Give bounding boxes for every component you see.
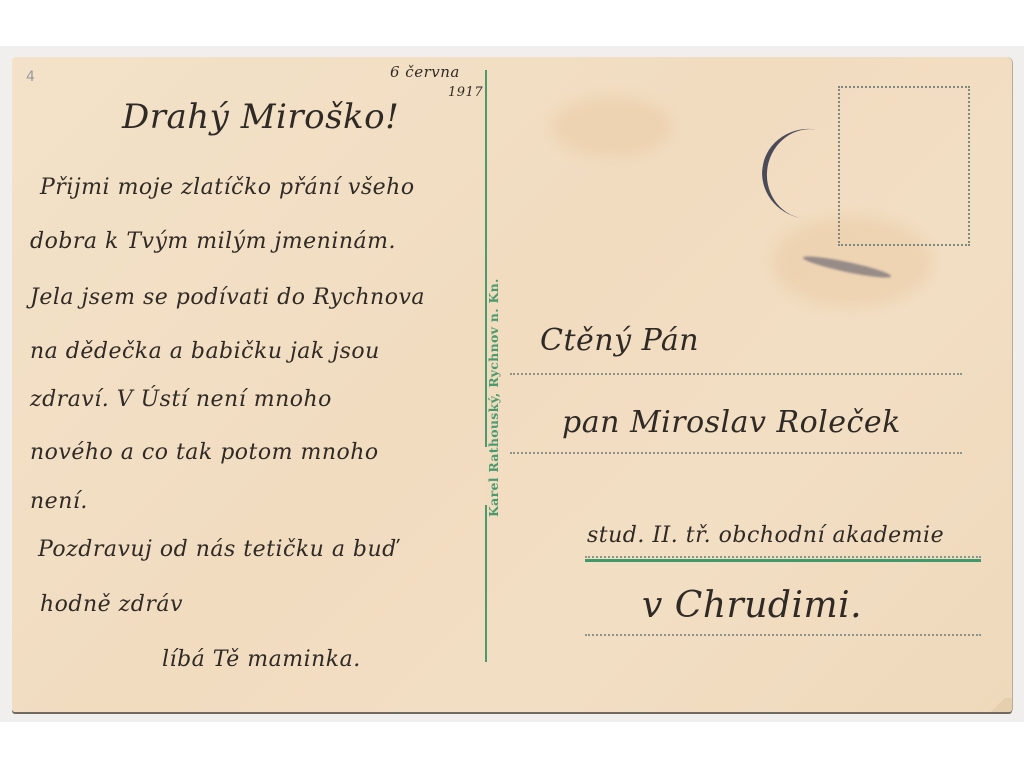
address-line-2 — [510, 452, 962, 454]
address-line-1 — [510, 373, 962, 375]
address-city: v Chrudimi. — [642, 585, 862, 626]
message-line: Jela jsem se podívati do Rychnova — [30, 285, 425, 310]
greeting: Drahý Miroško! — [122, 97, 399, 137]
date-year: 1917 — [448, 85, 483, 100]
address-line-4 — [585, 634, 981, 636]
corner-number: 4 — [26, 69, 35, 85]
message-line: hodně zdráv — [40, 592, 183, 617]
stain — [552, 97, 672, 157]
message-line: dobra k Tvým milým jmeninám. — [30, 229, 396, 254]
postcard: 4 6 června 1917 Drahý Miroško! Přijmi mo… — [12, 57, 1012, 712]
address-line-3 — [585, 556, 981, 558]
address-name: pan Miroslav Roleček — [562, 405, 901, 440]
date-day: 6 června — [390, 63, 460, 81]
signature: líbá Tě maminka. — [162, 647, 361, 672]
message-line: zdraví. V Ústí není mnoho — [30, 387, 332, 412]
message-line: na dědečka a babičku jak jsou — [30, 339, 380, 364]
address-school: stud. II. tř. obchodní akademie — [587, 523, 944, 548]
publisher-imprint: Karel Rathouský, Rychnov n. Kn. — [486, 278, 501, 517]
message-line: Pozdravuj od nás tetičku a buď — [38, 537, 397, 562]
message-line: není. — [30, 489, 88, 514]
torn-corner — [984, 698, 1012, 712]
address-green-rule — [585, 559, 981, 562]
address-salutation: Ctěný Pán — [540, 323, 699, 358]
stamp-placeholder-box — [838, 86, 970, 246]
message-line: Přijmi moje zlatíčko přání všeho — [40, 175, 415, 200]
message-line: nového a co tak potom mnoho — [30, 440, 379, 465]
